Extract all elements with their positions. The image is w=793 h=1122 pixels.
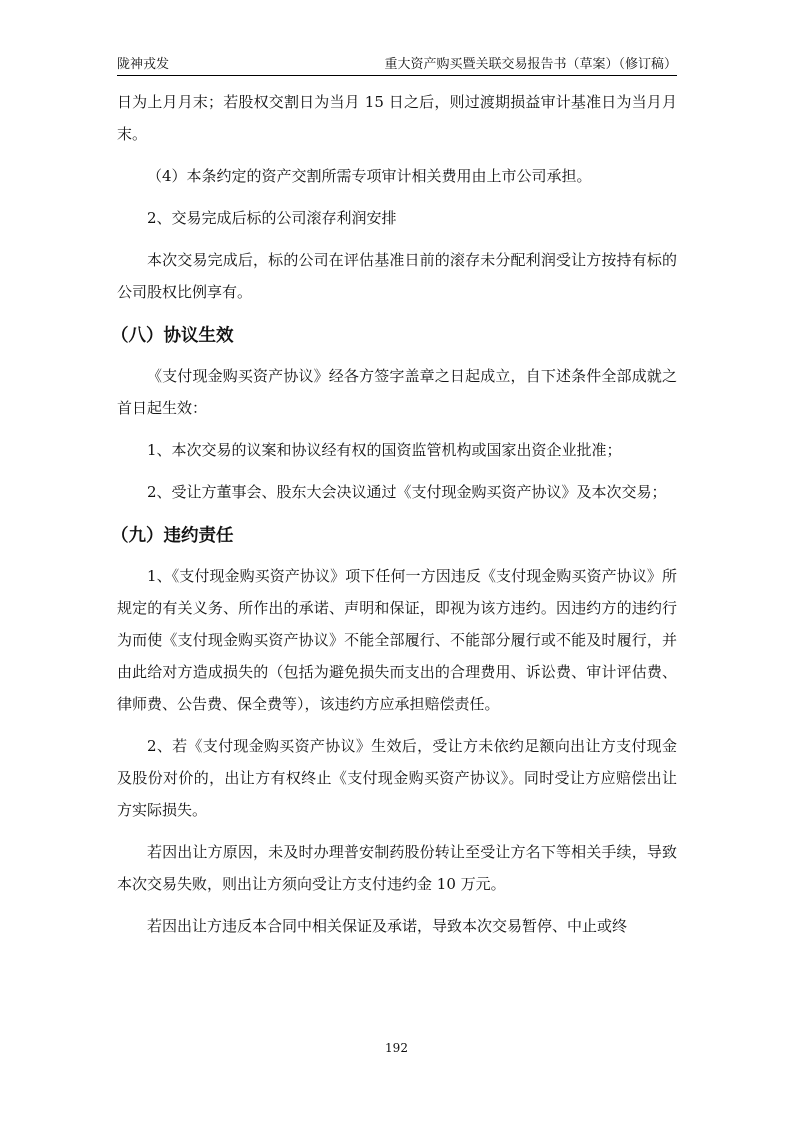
- paragraph: 日为上月月末；若股权交割日为当月 15 日之后，则过渡期损益审计基准日为当月月末…: [117, 86, 677, 150]
- paragraph: 本次交易完成后，标的公司在评估基准日前的滚存未分配利润受让方按持有标的公司股权比…: [117, 244, 677, 308]
- paragraph: 1、本次交易的议案和协议经有权的国资监管机构或国家出资企业批准；: [117, 434, 677, 466]
- paragraph: （4）本条约定的资产交割所需专项审计相关费用由上市公司承担。: [117, 160, 677, 192]
- paragraph: 1、《支付现金购买资产协议》项下任何一方因违反《支付现金购买资产协议》所规定的有…: [117, 560, 677, 720]
- section-heading-9: （九）违约责任: [111, 522, 677, 550]
- document-body: 日为上月月末；若股权交割日为当月 15 日之后，则过渡期损益审计基准日为当月月末…: [117, 86, 677, 952]
- paragraph: 2、受让方董事会、股东大会决议通过《支付现金购买资产协议》及本次交易；: [117, 476, 677, 508]
- page-number: 192: [0, 1041, 793, 1055]
- paragraph: 2、交易完成后标的公司滚存利润安排: [117, 202, 677, 234]
- paragraph: 若因出让方违反本合同中相关保证及承诺，导致本次交易暂停、中止或终: [117, 910, 677, 942]
- paragraph: 《支付现金购买资产协议》经各方签字盖章之日起成立，自下述条件全部成就之首日起生效…: [117, 360, 677, 424]
- section-heading-8: （八）协议生效: [111, 322, 677, 350]
- paragraph: 若因出让方原因，未及时办理普安制药股份转让至受让方名下等相关手续，导致本次交易失…: [117, 836, 677, 900]
- header-doc-title: 重大资产购买暨关联交易报告书（草案）（修订稿）: [384, 55, 677, 75]
- page-header: 陇神戎发 重大资产购买暨关联交易报告书（草案）（修订稿）: [117, 55, 677, 76]
- paragraph: 2、若《支付现金购买资产协议》生效后，受让方未依约足额向出让方支付现金及股份对价…: [117, 730, 677, 826]
- header-company: 陇神戎发: [117, 55, 169, 75]
